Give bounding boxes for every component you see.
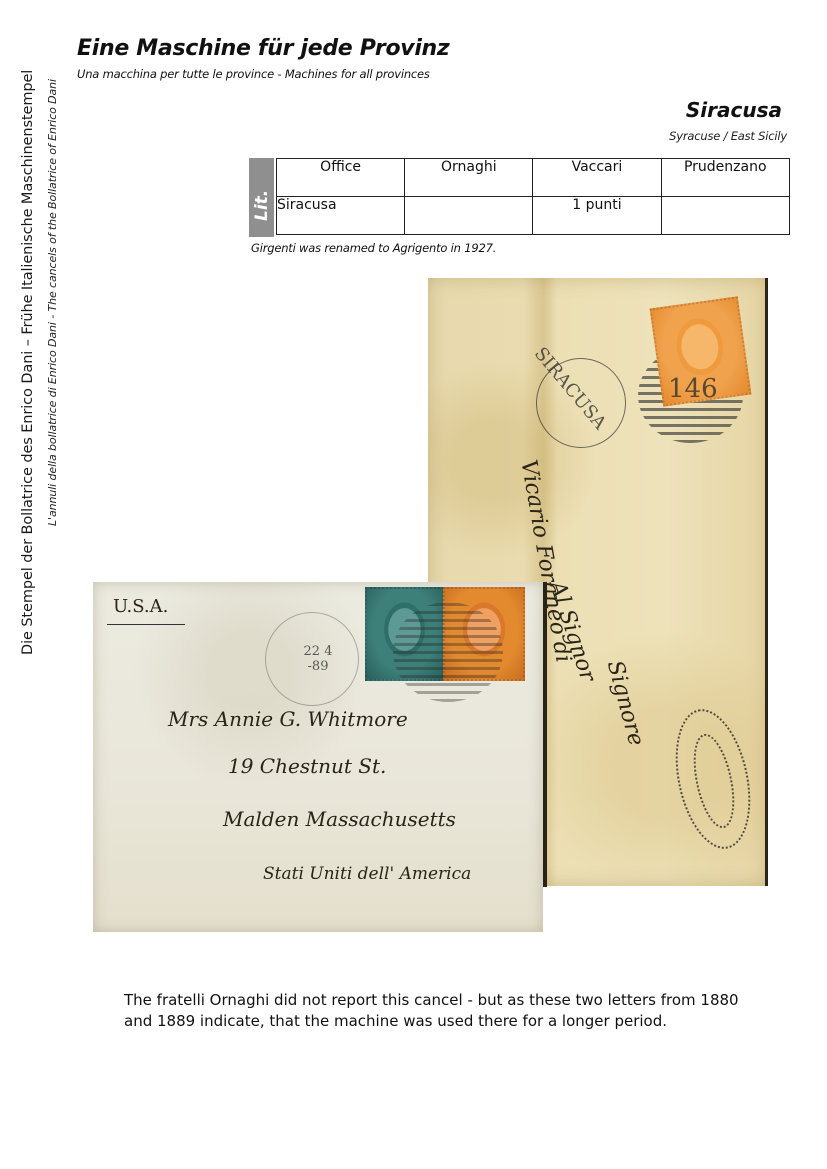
side-titles: Die Stempel der Bollatrice des Enrico Da… [0,0,70,670]
cover-1889-image: U.S.A. 22 4 -89 Mrs Annie G. Whitmore 19… [93,582,543,932]
address-line-4: Stati Uniti dell' America [263,864,471,884]
address-line-2: 19 Chestnut St. [228,754,386,778]
address-line-3: Malden Massachusetts [223,807,456,831]
cds-date-1889: 22 4 -89 [293,644,343,674]
page-title: Eine Maschine für jede Provinz [77,36,449,61]
cell-office: Siracusa [277,197,405,235]
cell-prudenzano [661,197,790,235]
table-header-row: Office Ornaghi Vaccari Prudenzano [277,159,790,197]
cover-1889-edge [543,582,547,887]
numeral-text: 146 [668,374,718,404]
bar-cancel-1889 [393,602,503,702]
header-vaccari: Vaccari [533,159,661,197]
page-subtitle: Una macchina per tutte le province - Mac… [77,67,430,81]
rating-table: Office Ornaghi Vaccari Prudenzano Siracu… [276,158,790,235]
place-subtitle: Syracuse / East Sicily [669,129,787,143]
routing-underline [107,624,185,625]
cell-ornaghi [405,197,533,235]
table-row: Siracusa 1 punti [277,197,790,235]
lit-tab: Lit. [249,158,274,237]
cell-vaccari: 1 punti [533,197,661,235]
address-line-3: Signore [602,658,649,749]
header-prudenzano: Prudenzano [661,159,790,197]
series-title-italian-english: L'annuli della bollatrice di Enrico Dani… [46,79,59,526]
series-title-german: Die Stempel der Bollatrice des Enrico Da… [20,70,36,655]
lit-tab-label: Lit. [252,190,272,221]
header-ornaghi: Ornaghi [405,159,533,197]
description-text: The fratelli Ornaghi did not report this… [124,990,744,1032]
table-note: Girgenti was renamed to Agrigento in 192… [251,241,496,255]
place-name: Siracusa [686,98,782,122]
address-line-1: Mrs Annie G. Whitmore [168,707,408,731]
header-office: Office [277,159,405,197]
routing-note: U.S.A. [113,596,168,617]
